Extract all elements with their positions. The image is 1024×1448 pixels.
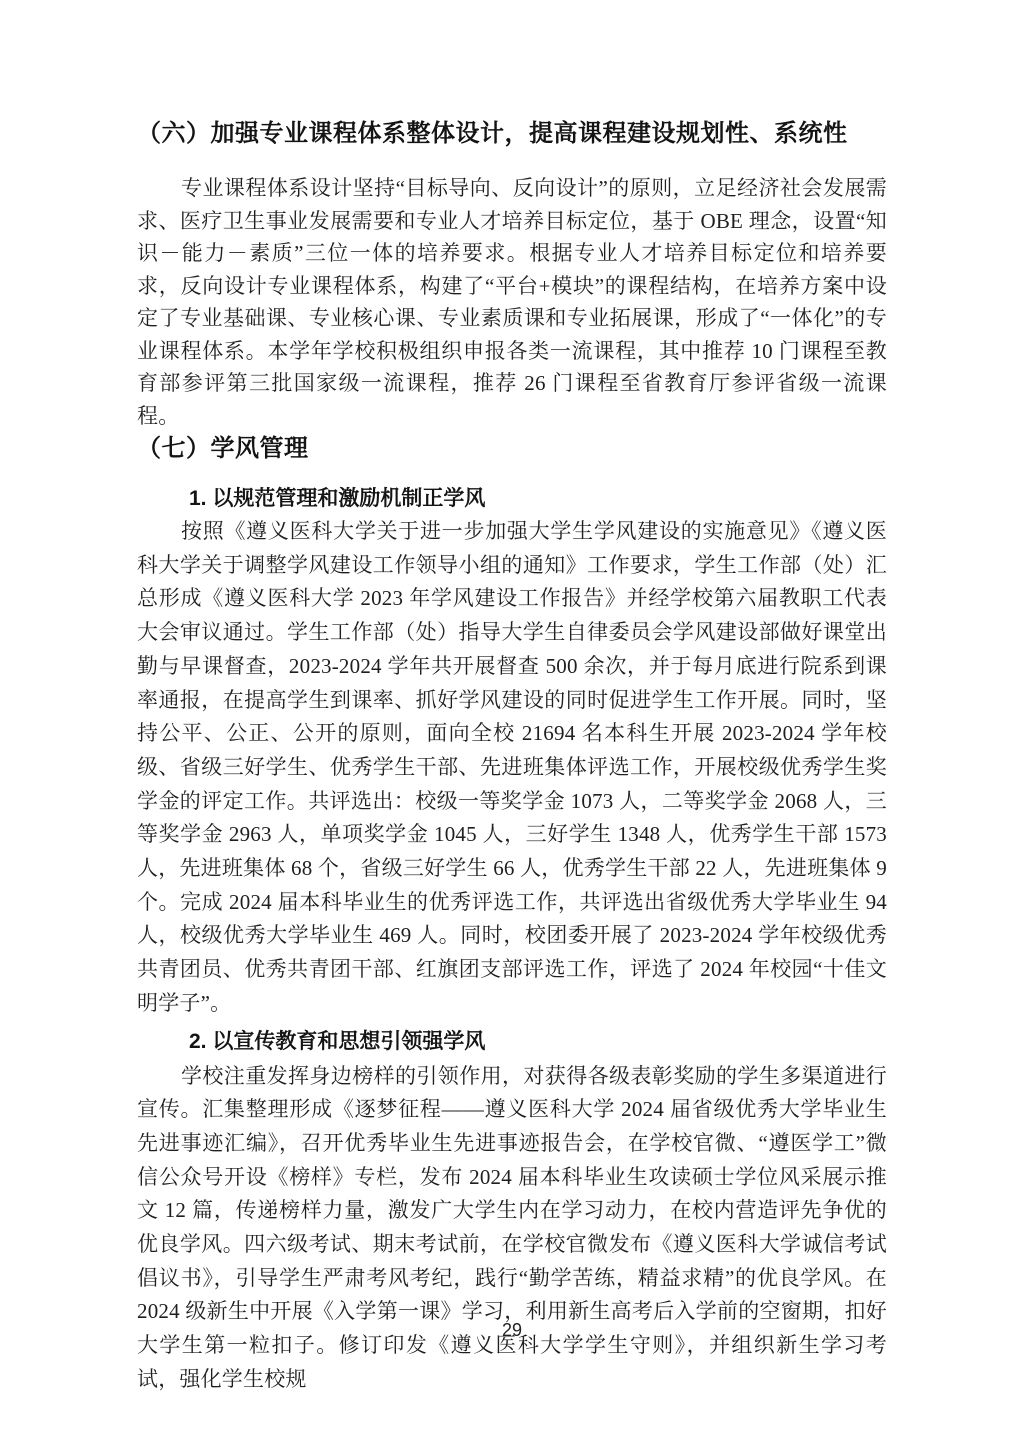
document-body: （六）加强专业课程体系整体设计，提高课程建设规划性、系统性专业课程体系设计坚持“… xyxy=(0,0,1024,1397)
subsection-2-heading: 2. 以宣传教育和思想引领强学风 xyxy=(189,1028,887,1056)
document-page: （六）加强专业课程体系整体设计，提高课程建设规划性、系统性专业课程体系设计坚持“… xyxy=(0,0,1024,1448)
page-number: 29 xyxy=(0,1320,1024,1341)
subsection-2-paragraph: 学校注重发挥身边榜样的引领作用，对获得各级表彰奖励的学生多渠道进行宣传。汇集整理… xyxy=(137,1060,887,1397)
section-7-heading: （七）学风管理 xyxy=(137,432,887,466)
section-6-paragraph: 专业课程体系设计坚持“目标导向、反向设计”的原则，立足经济社会发展需求、医疗卫生… xyxy=(137,172,887,432)
subsection-1-heading: 1. 以规范管理和激励机制正学风 xyxy=(189,485,887,513)
subsection-1-paragraph: 按照《遵义医科大学关于进一步加强大学生学风建设的实施意见》《遵义医科大学关于调整… xyxy=(137,515,887,1021)
section-6-heading: （六）加强专业课程体系整体设计，提高课程建设规划性、系统性 xyxy=(137,117,887,151)
